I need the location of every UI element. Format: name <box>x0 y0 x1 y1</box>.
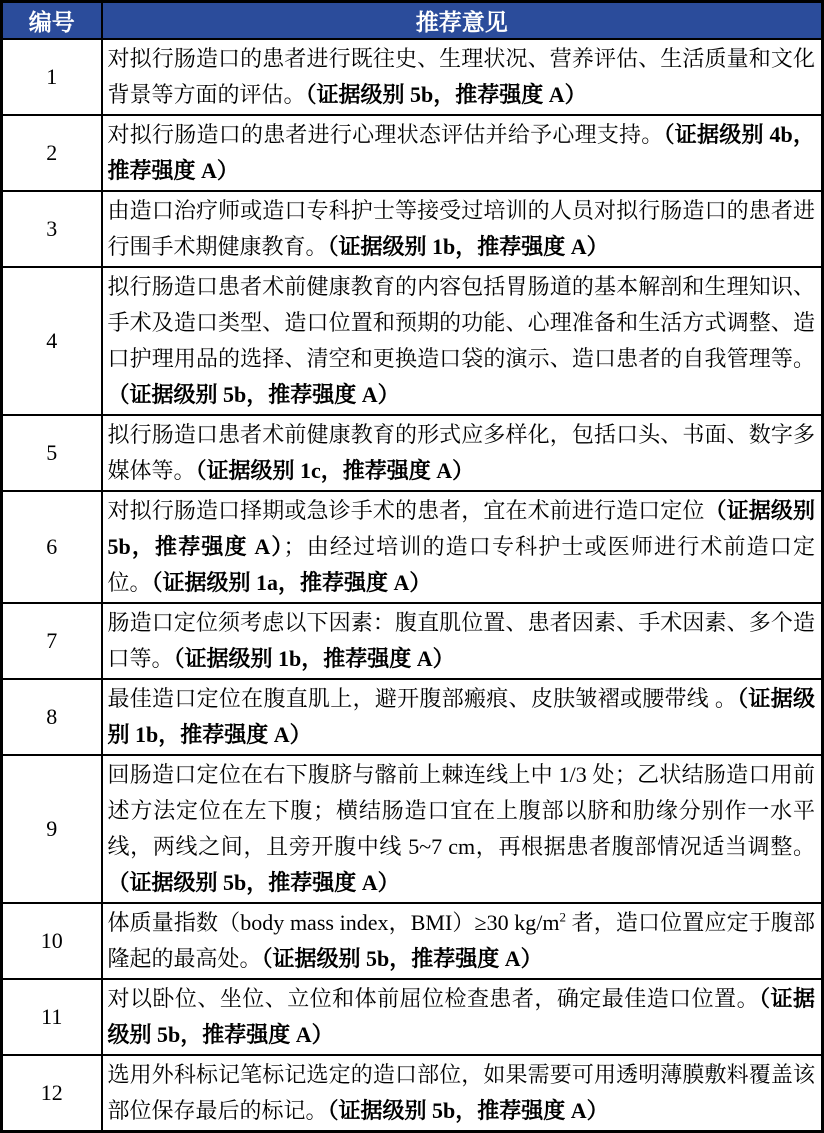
recommendation-cell: 对拟行肠造口的患者进行心理状态评估并给予心理支持。（证据级别 4b，推荐强度 A… <box>102 115 823 191</box>
row-number: 6 <box>2 491 102 603</box>
row-number: 9 <box>2 755 102 903</box>
row-number: 3 <box>2 191 102 267</box>
evidence-grade-text: （证据级别 5b，推荐强度 A） <box>262 946 543 971</box>
table-body: 1对拟行肠造口的患者进行既往史、生理状况、营养评估、生活质量和文化背景等方面的评… <box>2 39 823 1132</box>
row-number: 11 <box>2 979 102 1055</box>
recommendation-cell: 体质量指数（body mass index，BMI）≥30 kg/m2 者，造口… <box>102 903 823 979</box>
recommendation-cell: 回肠造口定位在右下腹脐与髂前上棘连线上中 1/3 处；乙状结肠造口用前述方法定位… <box>102 755 823 903</box>
table-row: 6对拟行肠造口择期或急诊手术的患者，宜在术前进行造口定位（证据级别 5b，推荐强… <box>2 491 823 603</box>
recommendation-text: 对拟行肠造口的患者进行心理状态评估并给予心理支持。 <box>108 122 664 147</box>
recommendation-cell: 肠造口定位须考虑以下因素：腹直肌位置、患者因素、手术因素、多个造口等。（证据级别… <box>102 603 823 679</box>
table-row: 3由造口治疗师或造口专科护士等接受过培训的人员对拟行肠造口的患者进行围手术期健康… <box>2 191 823 267</box>
table-row: 5拟行肠造口患者术前健康教育的形式应多样化，包括口头、书面、数字多媒体等。（证据… <box>2 415 823 491</box>
recommendation-cell: 最佳造口定位在腹直肌上，避开腹部瘢痕、皮肤皱褶或腰带线 。（证据级别 1b，推荐… <box>102 679 823 755</box>
row-number: 4 <box>2 267 102 415</box>
table-header-row: 编号 推荐意见 <box>2 2 823 40</box>
evidence-grade-text: （证据级别 1b，推荐强度 A） <box>328 234 609 259</box>
recommendation-text: 对以卧位、坐位、立位和体前屈位检查患者，确定最佳造口位置。 <box>108 986 760 1011</box>
recommendation-text: 拟行肠造口患者术前健康教育的内容包括胃肠道的基本解剖和生理知识、手术及造口类型、… <box>108 274 816 371</box>
row-number: 2 <box>2 115 102 191</box>
row-number: 5 <box>2 415 102 491</box>
recommendation-cell: 对拟行肠造口择期或急诊手术的患者，宜在术前进行造口定位（证据级别 5b，推荐强度… <box>102 491 823 603</box>
recommendation-cell: 对以卧位、坐位、立位和体前屈位检查患者，确定最佳造口位置。（证据级别 5b，推荐… <box>102 979 823 1055</box>
evidence-grade-text: （证据级别 5b，推荐强度 A） <box>108 870 400 895</box>
evidence-grade-text: （证据级别 1b，推荐强度 A） <box>174 646 455 671</box>
row-number: 10 <box>2 903 102 979</box>
guideline-recommendation-page: 编号 推荐意见 1对拟行肠造口的患者进行既往史、生理状况、营养评估、生活质量和文… <box>0 0 824 1133</box>
table-row: 12选用外科标记笔标记选定的造口部位，如果需要可用透明薄膜敷料覆盖该部位保存最后… <box>2 1055 823 1132</box>
table-row: 4拟行肠造口患者术前健康教育的内容包括胃肠道的基本解剖和生理知识、手术及造口类型… <box>2 267 823 415</box>
table-row: 8最佳造口定位在腹直肌上，避开腹部瘢痕、皮肤皱褶或腰带线 。（证据级别 1b，推… <box>2 679 823 755</box>
recommendation-text: 体质量指数（body mass index，BMI）≥30 kg/m <box>108 910 560 935</box>
column-header-recommendation: 推荐意见 <box>102 2 823 40</box>
recommendation-cell: 拟行肠造口患者术前健康教育的内容包括胃肠道的基本解剖和生理知识、手术及造口类型、… <box>102 267 823 415</box>
table-row: 10体质量指数（body mass index，BMI）≥30 kg/m2 者，… <box>2 903 823 979</box>
recommendation-text: 最佳造口定位在腹直肌上，避开腹部瘢痕、皮肤皱褶或腰带线 。 <box>108 686 738 711</box>
evidence-grade-text: （证据级别 1c，推荐强度 A） <box>196 458 475 483</box>
evidence-grade-text: （证据级别 5b，推荐强度 A） <box>328 1098 609 1123</box>
recommendation-text: 回肠造口定位在右下腹脐与髂前上棘连线上中 1/3 处；乙状结肠造口用前述方法定位… <box>108 762 816 859</box>
evidence-grade-text: （证据级别 1a，推荐强度 A） <box>152 570 432 595</box>
column-header-number: 编号 <box>2 2 102 40</box>
row-number: 1 <box>2 39 102 115</box>
evidence-grade-text: （证据级别 5b，推荐强度 A） <box>306 82 587 107</box>
recommendation-table: 编号 推荐意见 1对拟行肠造口的患者进行既往史、生理状况、营养评估、生活质量和文… <box>0 0 824 1133</box>
recommendation-cell: 对拟行肠造口的患者进行既往史、生理状况、营养评估、生活质量和文化背景等方面的评估… <box>102 39 823 115</box>
recommendation-cell: 拟行肠造口患者术前健康教育的形式应多样化，包括口头、书面、数字多媒体等。（证据级… <box>102 415 823 491</box>
evidence-grade-text: （证据级别 5b，推荐强度 A） <box>108 382 400 407</box>
table-row: 11对以卧位、坐位、立位和体前屈位检查患者，确定最佳造口位置。（证据级别 5b，… <box>2 979 823 1055</box>
table-row: 7肠造口定位须考虑以下因素：腹直肌位置、患者因素、手术因素、多个造口等。（证据级… <box>2 603 823 679</box>
row-number: 7 <box>2 603 102 679</box>
table-row: 9回肠造口定位在右下腹脐与髂前上棘连线上中 1/3 处；乙状结肠造口用前述方法定… <box>2 755 823 903</box>
recommendation-cell: 选用外科标记笔标记选定的造口部位，如果需要可用透明薄膜敷料覆盖该部位保存最后的标… <box>102 1055 823 1132</box>
table-row: 2对拟行肠造口的患者进行心理状态评估并给予心理支持。（证据级别 4b，推荐强度 … <box>2 115 823 191</box>
recommendation-cell: 由造口治疗师或造口专科护士等接受过培训的人员对拟行肠造口的患者进行围手术期健康教… <box>102 191 823 267</box>
row-number: 8 <box>2 679 102 755</box>
table-row: 1对拟行肠造口的患者进行既往史、生理状况、营养评估、生活质量和文化背景等方面的评… <box>2 39 823 115</box>
row-number: 12 <box>2 1055 102 1132</box>
recommendation-text: 对拟行肠造口择期或急诊手术的患者，宜在术前进行造口定位 <box>108 498 705 523</box>
